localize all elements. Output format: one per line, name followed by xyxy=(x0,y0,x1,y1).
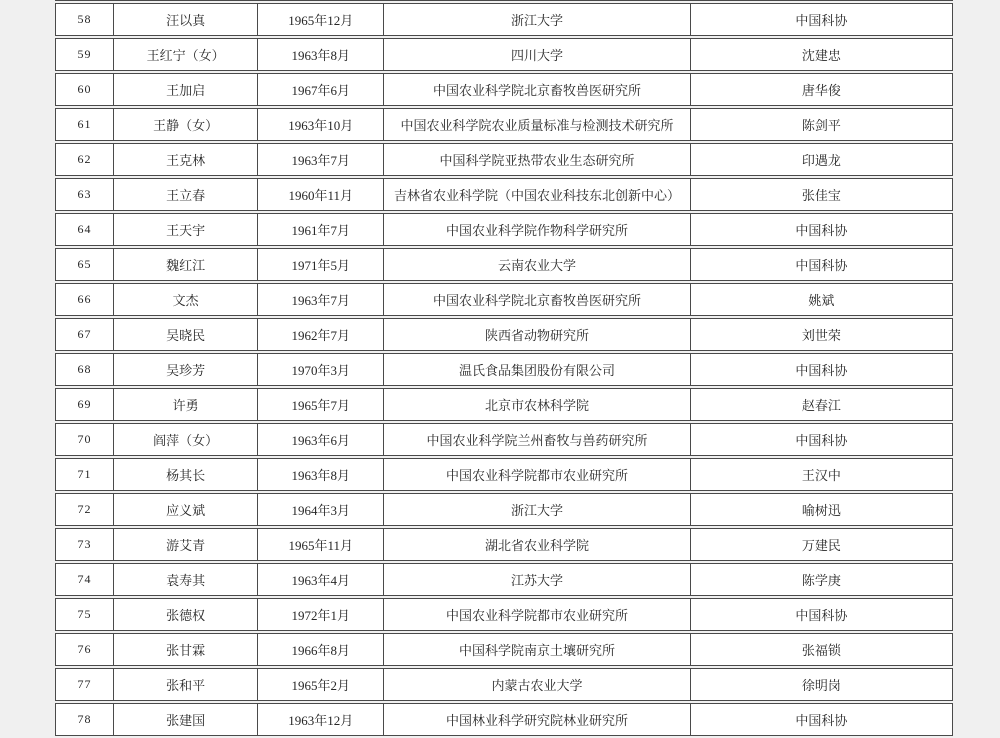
table-row: 73 游艾青 1965年11月 湖北省农业科学院 万建民 xyxy=(55,528,953,561)
table-row: 65 魏红江 1971年5月 云南农业大学 中国科协 xyxy=(55,248,953,281)
birth-date: 1960年11月 xyxy=(257,178,383,211)
birth-date: 1963年6月 xyxy=(257,423,383,456)
candidate-name: 魏红江 xyxy=(113,248,257,281)
table-row: 70 阎萍（女） 1963年6月 中国农业科学院兰州畜牧与兽药研究所 中国科协 xyxy=(55,423,953,456)
birth-date: 1963年10月 xyxy=(257,108,383,141)
birth-date: 1963年8月 xyxy=(257,458,383,491)
birth-date: 1971年5月 xyxy=(257,248,383,281)
work-unit xyxy=(383,0,689,1)
candidate-name: 张德权 xyxy=(113,598,257,631)
table-row: 66 文杰 1963年7月 中国农业科学院北京畜牧兽医研究所 姚斌 xyxy=(55,283,953,316)
nomination-channel: 陈剑平 xyxy=(690,108,953,141)
table-row: 68 吴珍芳 1970年3月 温氏食品集团股份有限公司 中国科协 xyxy=(55,353,953,386)
birth-date: 1965年7月 xyxy=(257,388,383,421)
nomination-channel: 张佳宝 xyxy=(690,178,953,211)
row-number: 61 xyxy=(55,108,113,141)
work-unit: 中国农业科学院北京畜牧兽医研究所 xyxy=(383,73,689,106)
work-unit: 中国农业科学院北京畜牧兽医研究所 xyxy=(383,283,689,316)
table-row: 60 王加启 1967年6月 中国农业科学院北京畜牧兽医研究所 唐华俊 xyxy=(55,73,953,106)
work-unit: 中国农业科学院都市农业研究所 xyxy=(383,458,689,491)
candidate-name: 杨其长 xyxy=(113,458,257,491)
row-number: 65 xyxy=(55,248,113,281)
candidate-name: 游艾青 xyxy=(113,528,257,561)
table-row: 62 王克林 1963年7月 中国科学院亚热带农业生态研究所 印遇龙 xyxy=(55,143,953,176)
row-number: 76 xyxy=(55,633,113,666)
work-unit: 内蒙古农业大学 xyxy=(383,668,689,701)
table-row: 58 汪以真 1965年12月 浙江大学 中国科协 xyxy=(55,3,953,36)
row-number: 75 xyxy=(55,598,113,631)
row-number: 62 xyxy=(55,143,113,176)
nomination-channel: 中国科协 xyxy=(690,703,953,736)
work-unit: 吉林省农业科学院（中国农业科技东北创新中心） xyxy=(383,178,689,211)
table-row: 59 王红宁（女） 1963年8月 四川大学 沈建忠 xyxy=(55,38,953,71)
birth-date: 1966年8月 xyxy=(257,633,383,666)
work-unit: 中国农业科学院兰州畜牧与兽药研究所 xyxy=(383,423,689,456)
row-number: 77 xyxy=(55,668,113,701)
candidate-name: 文杰 xyxy=(113,283,257,316)
candidate-name: 汪以真 xyxy=(113,3,257,36)
table-row: 78 张建国 1963年12月 中国林业科学研究院林业研究所 中国科协 xyxy=(55,703,953,736)
table-row-partial xyxy=(55,0,953,1)
table-row: 71 杨其长 1963年8月 中国农业科学院都市农业研究所 王汉中 xyxy=(55,458,953,491)
table-row: 76 张甘霖 1966年8月 中国科学院南京土壤研究所 张福锁 xyxy=(55,633,953,666)
candidate-name: 阎萍（女） xyxy=(113,423,257,456)
candidates-table: 58 汪以真 1965年12月 浙江大学 中国科协 59 王红宁（女） 1963… xyxy=(55,0,953,738)
birth-date: 1965年12月 xyxy=(257,3,383,36)
candidate-name: 王静（女） xyxy=(113,108,257,141)
work-unit: 中国林业科学研究院林业研究所 xyxy=(383,703,689,736)
candidate-name: 应义斌 xyxy=(113,493,257,526)
nomination-channel: 王汉中 xyxy=(690,458,953,491)
row-number: 78 xyxy=(55,703,113,736)
table-row: 72 应义斌 1964年3月 浙江大学 喻树迅 xyxy=(55,493,953,526)
nomination-channel: 沈建忠 xyxy=(690,38,953,71)
nomination-channel: 中国科协 xyxy=(690,423,953,456)
birth-date: 1967年6月 xyxy=(257,73,383,106)
nomination-channel xyxy=(690,0,953,1)
nomination-channel: 张福锁 xyxy=(690,633,953,666)
birth-date: 1961年7月 xyxy=(257,213,383,246)
work-unit: 中国农业科学院作物科学研究所 xyxy=(383,213,689,246)
candidate-name: 王天宇 xyxy=(113,213,257,246)
table-row: 77 张和平 1965年2月 内蒙古农业大学 徐明岗 xyxy=(55,668,953,701)
table-row: 75 张德权 1972年1月 中国农业科学院都市农业研究所 中国科协 xyxy=(55,598,953,631)
birth-date: 1965年11月 xyxy=(257,528,383,561)
birth-date xyxy=(257,0,383,1)
birth-date: 1964年3月 xyxy=(257,493,383,526)
nomination-channel: 中国科协 xyxy=(690,598,953,631)
row-number: 58 xyxy=(55,3,113,36)
work-unit: 中国农业科学院都市农业研究所 xyxy=(383,598,689,631)
nomination-channel: 姚斌 xyxy=(690,283,953,316)
document-page: 58 汪以真 1965年12月 浙江大学 中国科协 59 王红宁（女） 1963… xyxy=(0,0,1000,738)
nomination-channel: 刘世荣 xyxy=(690,318,953,351)
birth-date: 1963年7月 xyxy=(257,143,383,176)
table-row: 61 王静（女） 1963年10月 中国农业科学院农业质量标准与检测技术研究所 … xyxy=(55,108,953,141)
row-number: 59 xyxy=(55,38,113,71)
nomination-channel: 赵春江 xyxy=(690,388,953,421)
candidate-name: 张甘霖 xyxy=(113,633,257,666)
candidate-name: 王克林 xyxy=(113,143,257,176)
work-unit: 陕西省动物研究所 xyxy=(383,318,689,351)
nomination-channel: 中国科协 xyxy=(690,213,953,246)
birth-date: 1963年4月 xyxy=(257,563,383,596)
candidate-name: 张和平 xyxy=(113,668,257,701)
nomination-channel: 喻树迅 xyxy=(690,493,953,526)
table-row: 64 王天宇 1961年7月 中国农业科学院作物科学研究所 中国科协 xyxy=(55,213,953,246)
candidate-name: 王立春 xyxy=(113,178,257,211)
row-number: 73 xyxy=(55,528,113,561)
nomination-channel: 万建民 xyxy=(690,528,953,561)
candidate-name: 吴珍芳 xyxy=(113,353,257,386)
row-number: 69 xyxy=(55,388,113,421)
row-number: 74 xyxy=(55,563,113,596)
row-number: 63 xyxy=(55,178,113,211)
nomination-channel: 印遇龙 xyxy=(690,143,953,176)
nomination-channel: 中国科协 xyxy=(690,3,953,36)
table-row: 67 吴晓民 1962年7月 陕西省动物研究所 刘世荣 xyxy=(55,318,953,351)
row-number: 68 xyxy=(55,353,113,386)
row-number: 70 xyxy=(55,423,113,456)
work-unit: 中国科学院亚热带农业生态研究所 xyxy=(383,143,689,176)
row-number xyxy=(55,0,113,1)
candidate-name: 张建国 xyxy=(113,703,257,736)
birth-date: 1963年12月 xyxy=(257,703,383,736)
birth-date: 1972年1月 xyxy=(257,598,383,631)
work-unit: 四川大学 xyxy=(383,38,689,71)
row-number: 64 xyxy=(55,213,113,246)
candidate-name: 王加启 xyxy=(113,73,257,106)
work-unit: 温氏食品集团股份有限公司 xyxy=(383,353,689,386)
work-unit: 江苏大学 xyxy=(383,563,689,596)
row-number: 71 xyxy=(55,458,113,491)
table-row: 74 袁寿其 1963年4月 江苏大学 陈学庚 xyxy=(55,563,953,596)
table-row: 69 许勇 1965年7月 北京市农林科学院 赵春江 xyxy=(55,388,953,421)
nomination-channel: 徐明岗 xyxy=(690,668,953,701)
work-unit: 湖北省农业科学院 xyxy=(383,528,689,561)
nomination-channel: 中国科协 xyxy=(690,248,953,281)
row-number: 60 xyxy=(55,73,113,106)
birth-date: 1963年8月 xyxy=(257,38,383,71)
nomination-channel: 唐华俊 xyxy=(690,73,953,106)
birth-date: 1970年3月 xyxy=(257,353,383,386)
candidate-name: 王红宁（女） xyxy=(113,38,257,71)
birth-date: 1963年7月 xyxy=(257,283,383,316)
candidate-name: 袁寿其 xyxy=(113,563,257,596)
nomination-channel: 中国科协 xyxy=(690,353,953,386)
candidate-name: 吴晓民 xyxy=(113,318,257,351)
work-unit: 北京市农林科学院 xyxy=(383,388,689,421)
row-number: 67 xyxy=(55,318,113,351)
work-unit: 云南农业大学 xyxy=(383,248,689,281)
work-unit: 中国科学院南京土壤研究所 xyxy=(383,633,689,666)
birth-date: 1965年2月 xyxy=(257,668,383,701)
row-number: 66 xyxy=(55,283,113,316)
candidate-name: 许勇 xyxy=(113,388,257,421)
nomination-channel: 陈学庚 xyxy=(690,563,953,596)
candidate-name xyxy=(113,0,257,1)
work-unit: 浙江大学 xyxy=(383,3,689,36)
table-row: 63 王立春 1960年11月 吉林省农业科学院（中国农业科技东北创新中心） 张… xyxy=(55,178,953,211)
row-number: 72 xyxy=(55,493,113,526)
work-unit: 浙江大学 xyxy=(383,493,689,526)
birth-date: 1962年7月 xyxy=(257,318,383,351)
work-unit: 中国农业科学院农业质量标准与检测技术研究所 xyxy=(383,108,689,141)
